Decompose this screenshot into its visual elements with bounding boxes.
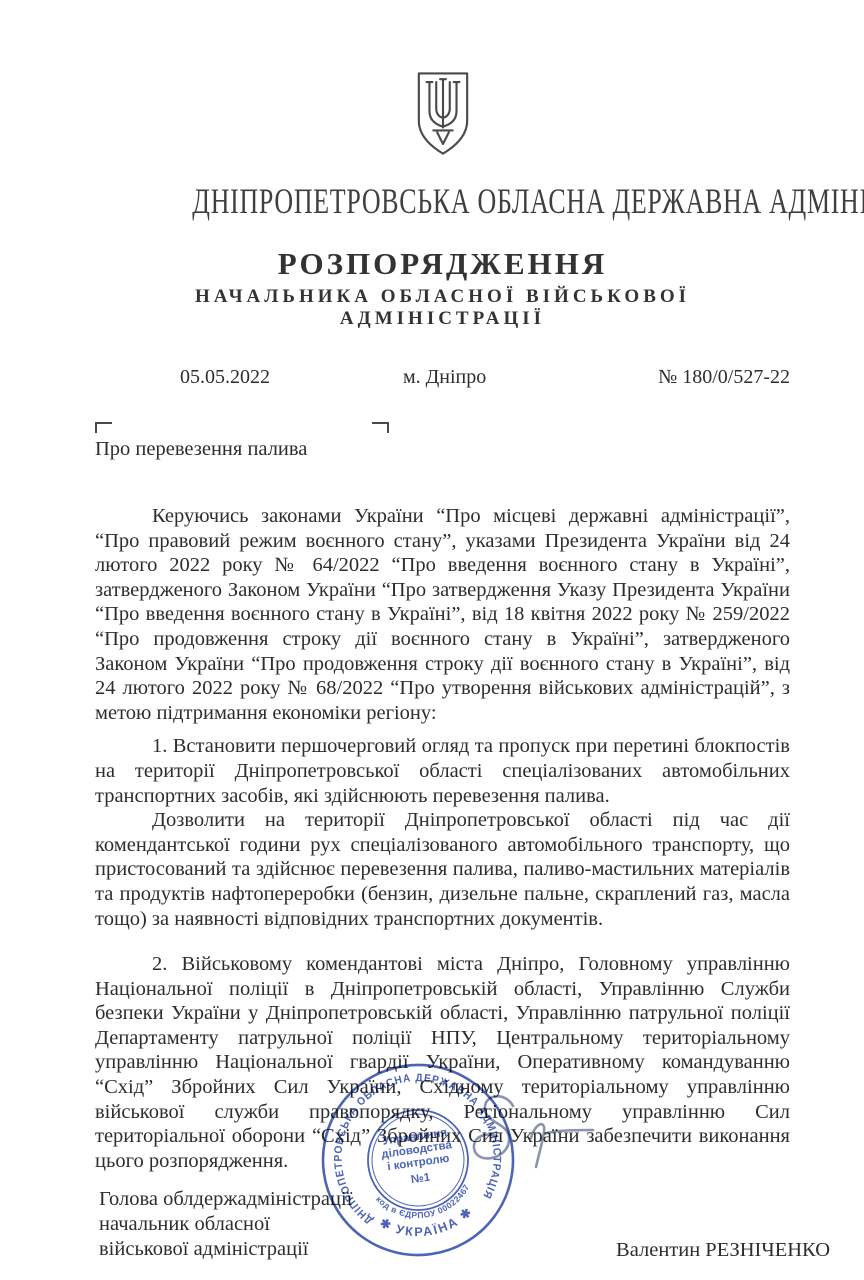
- document-subtitle: НАЧАЛЬНИКА ОБЛАСНОЇ ВІЙСЬКОВОЇ АДМІНІСТР…: [95, 286, 790, 330]
- document-title: РОЗПОРЯДЖЕННЯ: [95, 246, 790, 282]
- handwritten-signature: [443, 1086, 635, 1204]
- emblem-container: [95, 0, 790, 158]
- signer-position-line1: Голова облдержадміністрації: [99, 1187, 352, 1212]
- paragraph-item1: 1. Встановити першочерговий огляд та про…: [95, 734, 790, 808]
- document-number: № 180/0/527-22: [658, 366, 790, 389]
- signer-position-line3: військової адміністрації: [99, 1237, 352, 1262]
- org-name: ДНІПРОПЕТРОВСЬКА ОБЛАСНА ДЕРЖАВНА АДМІНІ…: [192, 180, 692, 222]
- document-page: ДНІПРОПЕТРОВСЬКА ОБЛАСНА ДЕРЖАВНА АДМІНІ…: [0, 0, 864, 1280]
- subject-area: Про перевезення палива: [95, 422, 790, 478]
- signer-position: Голова облдержадміністрації начальник об…: [99, 1187, 352, 1262]
- paragraph-intro: Керуючись законами України “Про місцеві …: [95, 504, 790, 725]
- stamp-inner-line4: №1: [410, 1171, 431, 1186]
- signer-position-line2: начальник обласної: [99, 1212, 352, 1237]
- corner-mark-left: [95, 422, 112, 433]
- meta-row: 05.05.2022 м. Дніпро № 180/0/527-22: [95, 366, 790, 392]
- ukraine-trident-shield-icon: [414, 70, 472, 158]
- document-subject: Про перевезення палива: [95, 438, 307, 461]
- signature-ink-graphic: [443, 1086, 635, 1204]
- signer-name: Валентин РЕЗНІЧЕНКО: [616, 1239, 830, 1262]
- paragraph-item1-cont: Дозволити на території Дніпропетровської…: [95, 808, 790, 931]
- document-place: м. Дніпро: [403, 366, 486, 389]
- document-date: 05.05.2022: [180, 366, 270, 389]
- corner-mark-right: [372, 422, 389, 433]
